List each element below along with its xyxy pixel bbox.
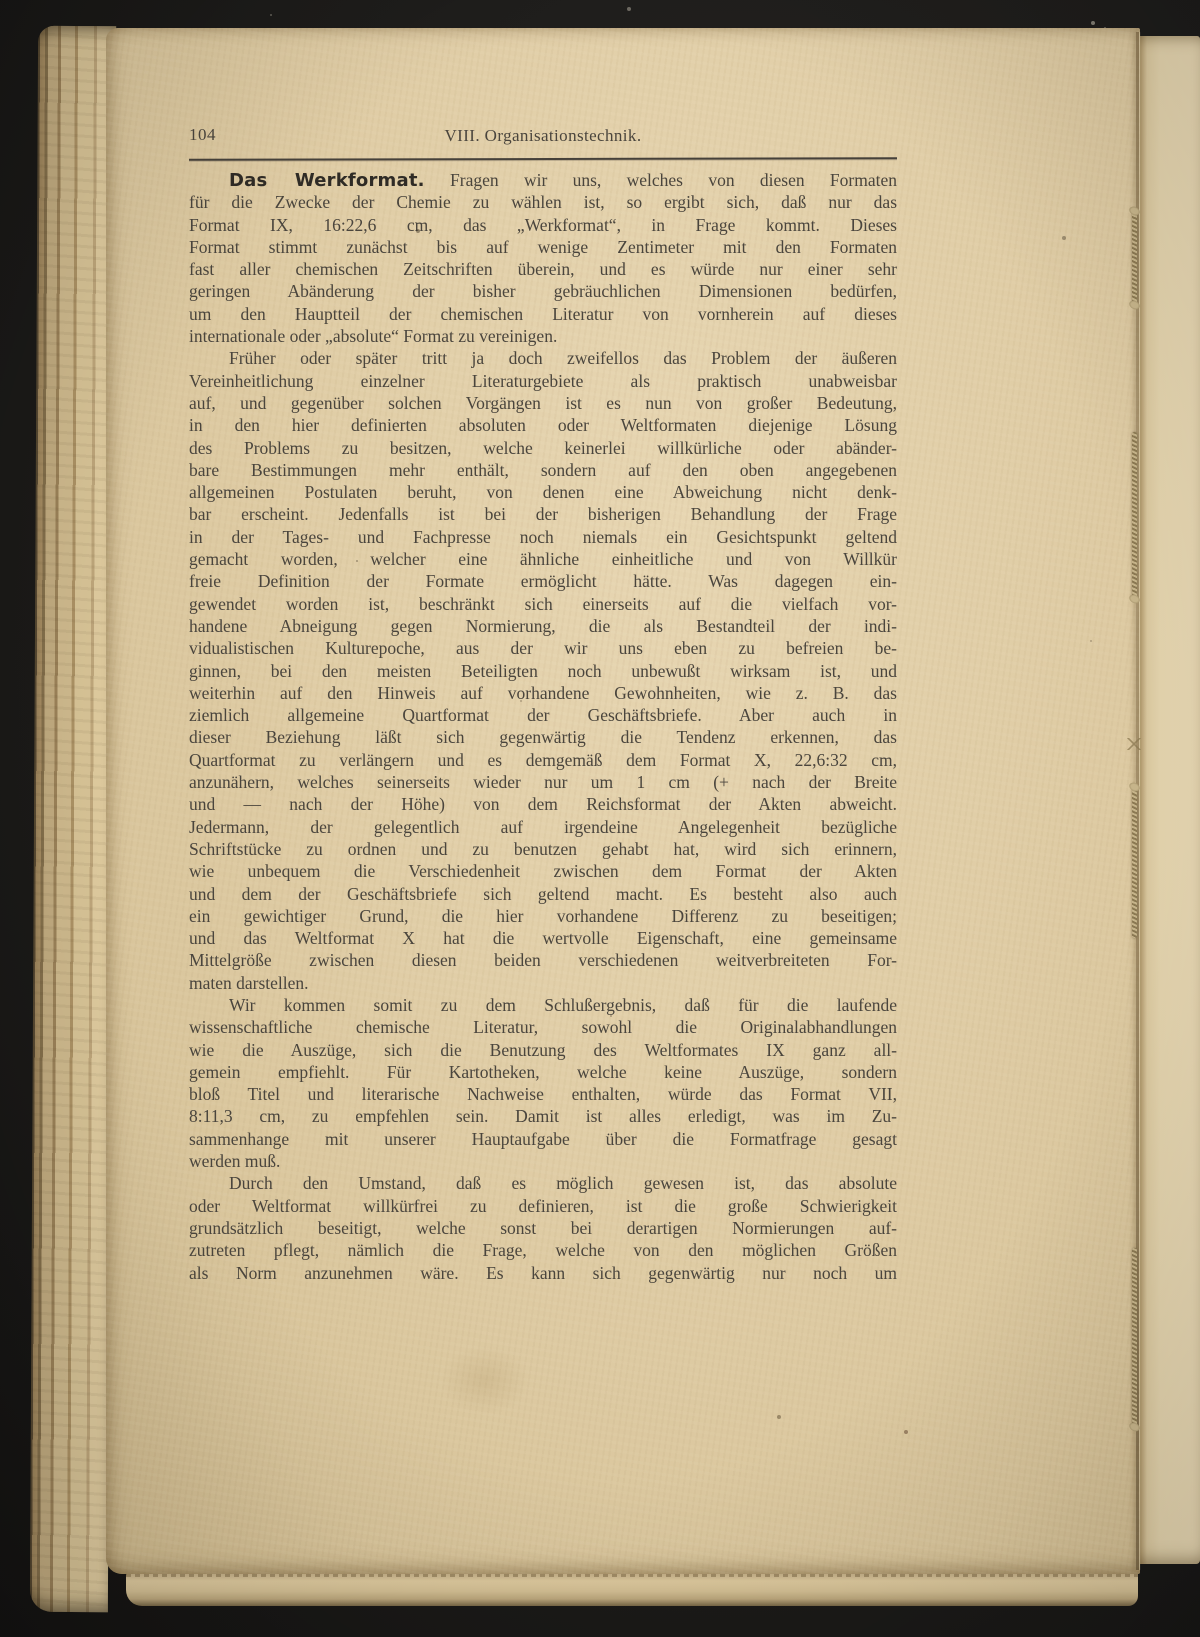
paragraph: Durch den Umstand, daß es möglich gewese… [189, 1172, 897, 1283]
text-line: wie unbequem die Verschiedenheit zwische… [189, 860, 897, 882]
text-line: freie Definition der Formate ermöglicht … [189, 570, 897, 592]
text-line: Früher oder später tritt ja doch zweifel… [189, 347, 897, 369]
text-line: Jedermann, der gelegentlich auf irgendei… [189, 816, 897, 838]
text-line: Vereinheitlichung einzelner Literaturgeb… [189, 370, 897, 392]
text-line: 8:11,3 cm, zu empfehlen sein. Damit ist … [189, 1105, 897, 1127]
text-line: maten darstellen. [189, 972, 897, 994]
page-header: 104 VIII. Organisationstechnik. [189, 125, 897, 149]
section-heading: Das Werkformat. [229, 170, 425, 191]
page-edges-left [30, 26, 116, 1612]
text-line: Schriftstücke zu ordnen und zu benutzen … [189, 838, 897, 860]
text-line: Wir kommen somit zu dem Schlußergebnis, … [189, 994, 897, 1016]
text-line: Format IX, 16:22,6 cm, das „Werkformat“,… [189, 214, 897, 236]
text-line: allgemeinen Postulaten beruht, von denen… [189, 481, 897, 503]
text-line: in den hier definierten absoluten oder W… [189, 414, 897, 436]
text-line: Format stimmt zunächst bis auf wenige Ze… [189, 236, 897, 258]
binding-stitch [1132, 788, 1137, 938]
binding-stitch [1132, 1248, 1137, 1426]
binding-stitch [1132, 212, 1137, 304]
page-edges-bottom [126, 1572, 1138, 1606]
body-text: Das Werkformat. Fragen wir uns, welches … [189, 169, 897, 1284]
text-line: handene Abneigung gegen Normierung, die … [189, 615, 897, 637]
adjacent-page-edge [1140, 36, 1200, 1564]
text-line: und dem der Geschäftsbriefe sich geltend… [189, 883, 897, 905]
text-line: internationale oder „absolute“ Format zu… [189, 325, 897, 347]
text-line: auf, und gegenüber solchen Vorgängen ist… [189, 392, 897, 414]
text-line: werden muß. [189, 1150, 897, 1172]
text-line: oder Weltformat willkürfrei zu definiere… [189, 1195, 897, 1217]
paragraph: Das Werkformat. Fragen wir uns, welches … [189, 169, 897, 347]
paragraph: Wir kommen somit zu dem Schlußergebnis, … [189, 994, 897, 1172]
text-line: geringen Abänderung der bisher gebräuchl… [189, 280, 897, 302]
text-line: ginnen, bei den meisten Beteiligten noch… [189, 660, 897, 682]
text-line: fast aller chemischen Zeitschriften über… [189, 258, 897, 280]
text-line: dieser Beziehung läßt sich gegenwärtig d… [189, 726, 897, 748]
text-line: weiterhin auf den Hinweis auf vorhandene… [189, 682, 897, 704]
text-line: bare Bestimmungen mehr enthält, sondern … [189, 459, 897, 481]
text-line: des Problems zu besitzen, welche keinerl… [189, 437, 897, 459]
text-line: und — nach der Höhe) von dem Reichsforma… [189, 793, 897, 815]
paper-specks [0, 0, 2, 2]
text-line: wissenschaftliche chemische Literatur, s… [189, 1016, 897, 1038]
text-line: um den Hauptteil der chemischen Literatu… [189, 303, 897, 325]
paragraph: Früher oder später tritt ja doch zweifel… [189, 347, 897, 994]
text-line: in der Tages- und Fachpresse noch niemal… [189, 526, 897, 548]
text-line: zutreten pflegt, nämlich die Frage, welc… [189, 1239, 897, 1261]
paper-stain [440, 1345, 530, 1415]
text-line: vidualistischen Kulturepoche, aus der wi… [189, 637, 897, 659]
text-line: anzunähern, welches seinerseits wieder n… [189, 771, 897, 793]
text-line: und das Weltformat X hat die wertvolle E… [189, 927, 897, 949]
text-line: Mittelgröße zwischen diesen beiden versc… [189, 949, 897, 971]
book-scan: 104 VIII. Organisationstechnik. Das Werk… [0, 0, 1200, 1637]
text-line: ziemlich allgemeine Quartformat der Gesc… [189, 704, 897, 726]
text-line: Das Werkformat. Fragen wir uns, welches … [189, 169, 897, 191]
binding-thread-cross [1127, 738, 1141, 750]
text-line: als Norm anzunehmen wäre. Es kann sich g… [189, 1262, 897, 1284]
text-line: grundsätzlich beseitigt, welche sonst be… [189, 1217, 897, 1239]
text-line: sammenhange mit unserer Hauptaufgabe übe… [189, 1128, 897, 1150]
binding-stitch [1132, 432, 1137, 598]
text-line: wie die Auszüge, sich die Benutzung des … [189, 1039, 897, 1061]
text-line: gewendet worden ist, beschränkt sich ein… [189, 593, 897, 615]
text-line: Durch den Umstand, daß es möglich gewese… [189, 1172, 897, 1194]
running-header: VIII. Organisationstechnik. [189, 126, 897, 146]
text-line: Quartformat zu verlängern und es demgemä… [189, 749, 897, 771]
text-line: bloß Titel und literarische Nachweise en… [189, 1083, 897, 1105]
text-line: gemacht worden, welcher eine ähnliche ei… [189, 548, 897, 570]
text-line: gemein empfiehlt. Für Kartotheken, welch… [189, 1061, 897, 1083]
text-line: für die Zwecke der Chemie zu wählen ist,… [189, 191, 897, 213]
text-line: bar erscheint. Jedenfalls ist bei der bi… [189, 503, 897, 525]
text-line: ein gewichtiger Grund, die hier vorhande… [189, 905, 897, 927]
